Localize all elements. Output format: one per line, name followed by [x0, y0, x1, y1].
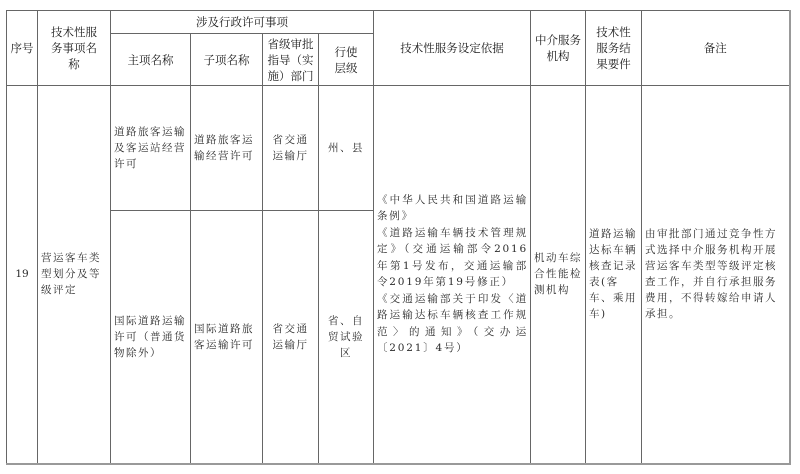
row-seq: 19 [7, 86, 38, 464]
header-service-name: 技术性服务事项名称 [38, 11, 111, 86]
row-main-item: 道路旅客运输及客运站经营许可 [111, 86, 191, 211]
basis-item: 《道路运输车辆技术管理规定》（交通运输部令2016年第1号发布，交通运输部令20… [377, 225, 528, 291]
row-sub-item: 国际道路旅客运输许可 [191, 211, 263, 464]
row-exercise-level: 省、自贸试验区 [319, 211, 374, 464]
table-row: 19 营运客车类型划分及等级评定 道路旅客运输及客运站经营许可 道路旅客运输经营… [7, 86, 790, 211]
row-remarks: 由审批部门通过竞争性方式选择中介服务机构开展营运客车类型等级评定核查工作，并自行… [642, 86, 790, 464]
row-service-name: 营运客车类型划分及等级评定 [38, 86, 111, 464]
header-remarks: 备注 [642, 11, 790, 86]
header-sub-item: 子项名称 [191, 34, 263, 86]
row-basis: 《中华人民共和国道路运输条例》 《道路运输车辆技术管理规定》（交通运输部令201… [374, 86, 531, 464]
header-agency: 中介服务机构 [531, 11, 586, 86]
row-provincial-dept: 省交通运输厅 [263, 86, 319, 211]
basis-item: 《中华人民共和国道路运输条例》 [377, 192, 528, 225]
basis-item: 《交通运输部关于印发〈道路运输达标车辆核查工作规范〉的通知》（交办运〔2021〕… [377, 291, 528, 357]
header-result-doc: 技术性服务结果要件 [586, 11, 642, 86]
header-main-item: 主项名称 [111, 34, 191, 86]
row-provincial-dept: 省交通运输厅 [263, 211, 319, 464]
header-basis: 技术性服务设定依据 [374, 11, 531, 86]
row-sub-item: 道路旅客运输经营许可 [191, 86, 263, 211]
row-agency: 机动车综合性能检测机构 [531, 86, 586, 464]
row-main-item: 国际道路运输许可（普通货物除外） [111, 211, 191, 464]
service-items-table: 序号 技术性服务事项名称 涉及行政许可事项 技术性服务设定依据 中介服务机构 技… [6, 10, 791, 465]
header-seq: 序号 [7, 11, 38, 86]
header-permit-group: 涉及行政许可事项 [111, 11, 374, 34]
row-exercise-level: 州、县 [319, 86, 374, 211]
header-provincial-dept: 省级审批指导（实施）部门 [263, 34, 319, 86]
row-result-doc: 道路运输达标车辆核查记录表(客车、乘用车) [586, 86, 642, 464]
header-exercise-level: 行使层级 [319, 34, 374, 86]
